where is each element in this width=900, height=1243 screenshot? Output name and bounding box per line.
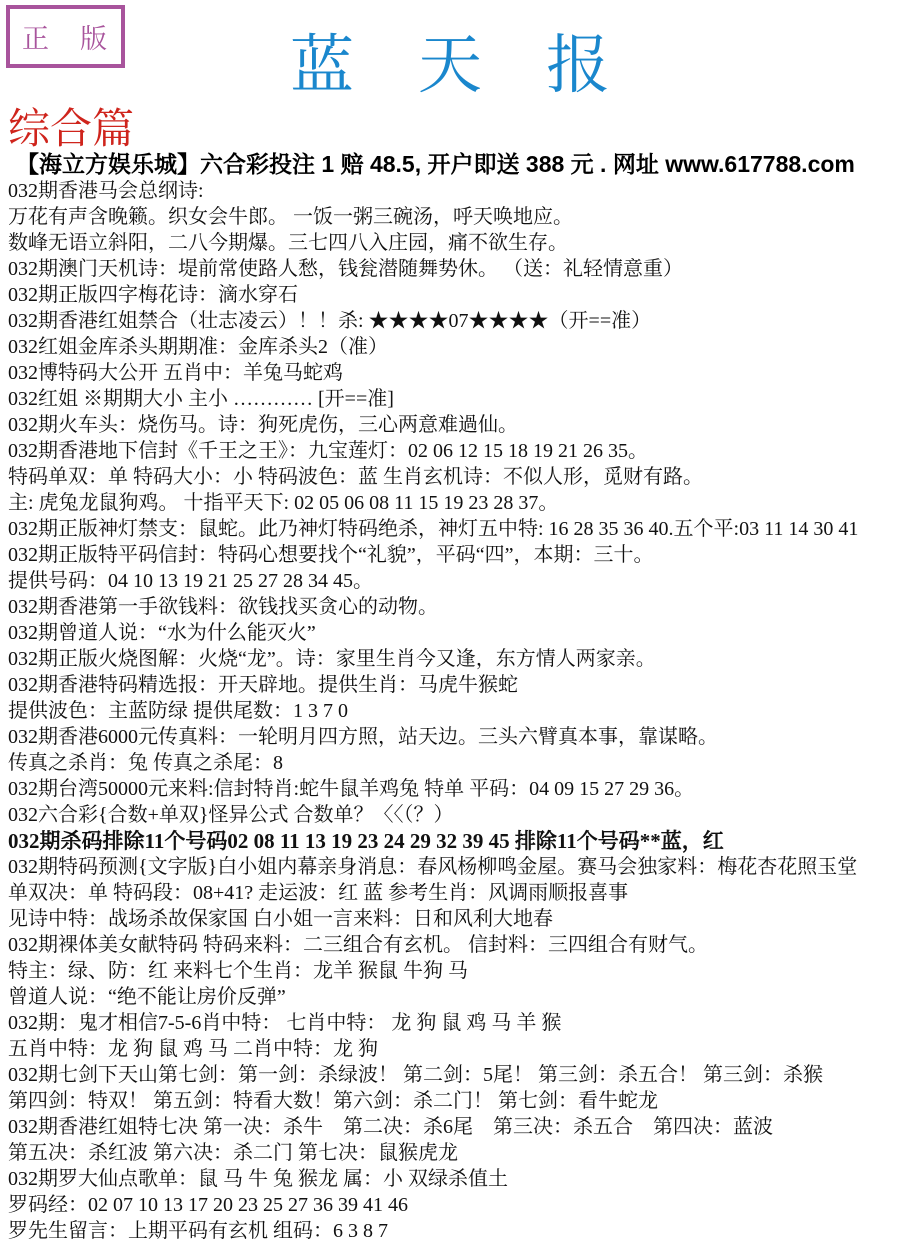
text-line: 032红姐金库杀头期期准：金库杀头2（准）	[8, 334, 898, 360]
text-line: 第四剑：特双！ 第五剑：特看大数！第六剑：杀二门！ 第七剑：看牛蛇龙	[8, 1088, 898, 1114]
text-line: 032期七剑下天山第七剑：第一剑：杀绿波！ 第二剑：5尾！ 第三剑：杀五合！ 第…	[8, 1062, 898, 1088]
text-line: 032期正版神灯禁支：鼠蛇。此乃神灯特码绝杀，神灯五中特: 16 28 35 3…	[8, 516, 898, 542]
text-line: 032红姐 ※期期大小 主小 ………… [开==准]	[8, 386, 898, 412]
text-line: 罗码经：02 07 10 13 17 20 23 25 27 36 39 41 …	[8, 1192, 898, 1218]
text-line: 032期特码预测{文字版}白小姐内幕亲身消息：春风杨柳鸣金屋。赛马会独家料：梅花…	[8, 854, 898, 880]
text-line: 032期香港地下信封《千王之王》：九宝莲灯：02 06 12 15 18 19 …	[8, 438, 898, 464]
text-line: 032期香港6000元传真料：一轮明月四方照，站天边。三头六臂真本事，靠谋略。	[8, 724, 898, 750]
text-line: 032期台湾50000元来料:信封特肖:蛇牛鼠羊鸡兔 特单 平码：04 09 1…	[8, 776, 898, 802]
text-line: 032期火车头：烧伤马。诗：狗死虎伤，三心两意难過仙。	[8, 412, 898, 438]
text-line: 提供波色：主蓝防绿 提供尾数：1 3 7 0	[8, 698, 898, 724]
text-line: 032期香港特码精选报：开天辟地。提供生肖：马虎牛猴蛇	[8, 672, 898, 698]
text-line: 032期曾道人说：“水为什么能灭火”	[8, 620, 898, 646]
text-line: 032期澳门天机诗：堤前常使路人愁，钱瓮潜随舞势休。 （送：礼轻情意重）	[8, 256, 898, 282]
text-line: 万花有声含晚籁。织女会牛郎。 一饭一粥三碗汤，呼天唤地应。	[8, 204, 898, 230]
page-title: 蓝 天 报	[0, 14, 900, 106]
text-line: 032博特码大公开 五肖中：羊兔马蛇鸡	[8, 360, 898, 386]
text-line: 032六合彩{合数+单双}怪异公式 合数单？〈〈（？）	[8, 802, 898, 828]
text-line: 单双决：单 特码段：08+41? 走运波：红 蓝 参考生肖：风调雨顺报喜事	[8, 880, 898, 906]
text-line: 032期香港第一手欲钱料：欲钱找买贪心的动物。	[8, 594, 898, 620]
text-line: 五肖中特：龙 狗 鼠 鸡 马 二肖中特：龙 狗	[8, 1036, 898, 1062]
text-line: 032期香港红姐禁合（壮志凌云）！！杀: ★★★★07★★★★（开==准）	[8, 308, 898, 334]
text-line: 032期正版火烧图解：火烧“龙”。诗：家里生肖今又逢，东方情人两家亲。	[8, 646, 898, 672]
text-line: 主: 虎兔龙鼠狗鸡。 十指平天下: 02 05 06 08 11 15 19 2…	[8, 490, 898, 516]
text-line: 见诗中特：战场杀故保家国 白小姐一言来料：日和风利大地春	[8, 906, 898, 932]
casino-ad-banner: 【海立方娱乐城】六合彩投注 1 赔 48.5, 开户即送 388 元 . 网址 …	[16, 146, 855, 179]
text-line: 032期杀码排除11个号码02 08 11 13 19 23 24 29 32 …	[8, 828, 898, 854]
text-line: 032期正版四字梅花诗：滴水穿石	[8, 282, 898, 308]
text-line: 传真之杀肖：兔 传真之杀尾：8	[8, 750, 898, 776]
text-line: 特主：绿、防：红 来料七个生肖：龙羊 猴鼠 牛狗 马	[8, 958, 898, 984]
text-line: 032期：鬼才相信7-5-6肖中特： 七肖中特： 龙 狗 鼠 鸡 马 羊 猴	[8, 1010, 898, 1036]
text-line: 罗先生留言：上期平码有玄机 组码：6 3 8 7	[8, 1218, 898, 1243]
text-line: 提供号码：04 10 13 19 21 25 27 28 34 45。	[8, 568, 898, 594]
text-line: 032期香港马会总纲诗:	[8, 178, 898, 204]
text-line: 032期裸体美女献特码 特码来料：二三组合有玄机。 信封料：三四组合有财气。	[8, 932, 898, 958]
text-line: 特码单双：单 特码大小：小 特码波色：蓝 生肖玄机诗：不似人形，觅财有路。	[8, 464, 898, 490]
text-line: 第五决：杀红波 第六决：杀二门 第七决：鼠猴虎龙	[8, 1140, 898, 1166]
text-line: 032期正版特平码信封：特码心想要找个“礼貌”，平码“四”，本期：三十。	[8, 542, 898, 568]
text-line: 数峰无语立斜阳，二八今期爆。三七四八入庄园，痛不欲生存。	[8, 230, 898, 256]
text-line: 032期罗大仙点歌单：鼠 马 牛 兔 猴龙 属：小 双绿杀值土	[8, 1166, 898, 1192]
text-line: 032期香港红姐特七决 第一决：杀牛 第二决：杀6尾 第三决：杀五合 第四决：蓝…	[8, 1114, 898, 1140]
text-line: 曾道人说：“绝不能让房价反弹”	[8, 984, 898, 1010]
content-lines: 032期香港马会总纲诗:万花有声含晚籁。织女会牛郎。 一饭一粥三碗汤，呼天唤地应…	[8, 178, 898, 1243]
